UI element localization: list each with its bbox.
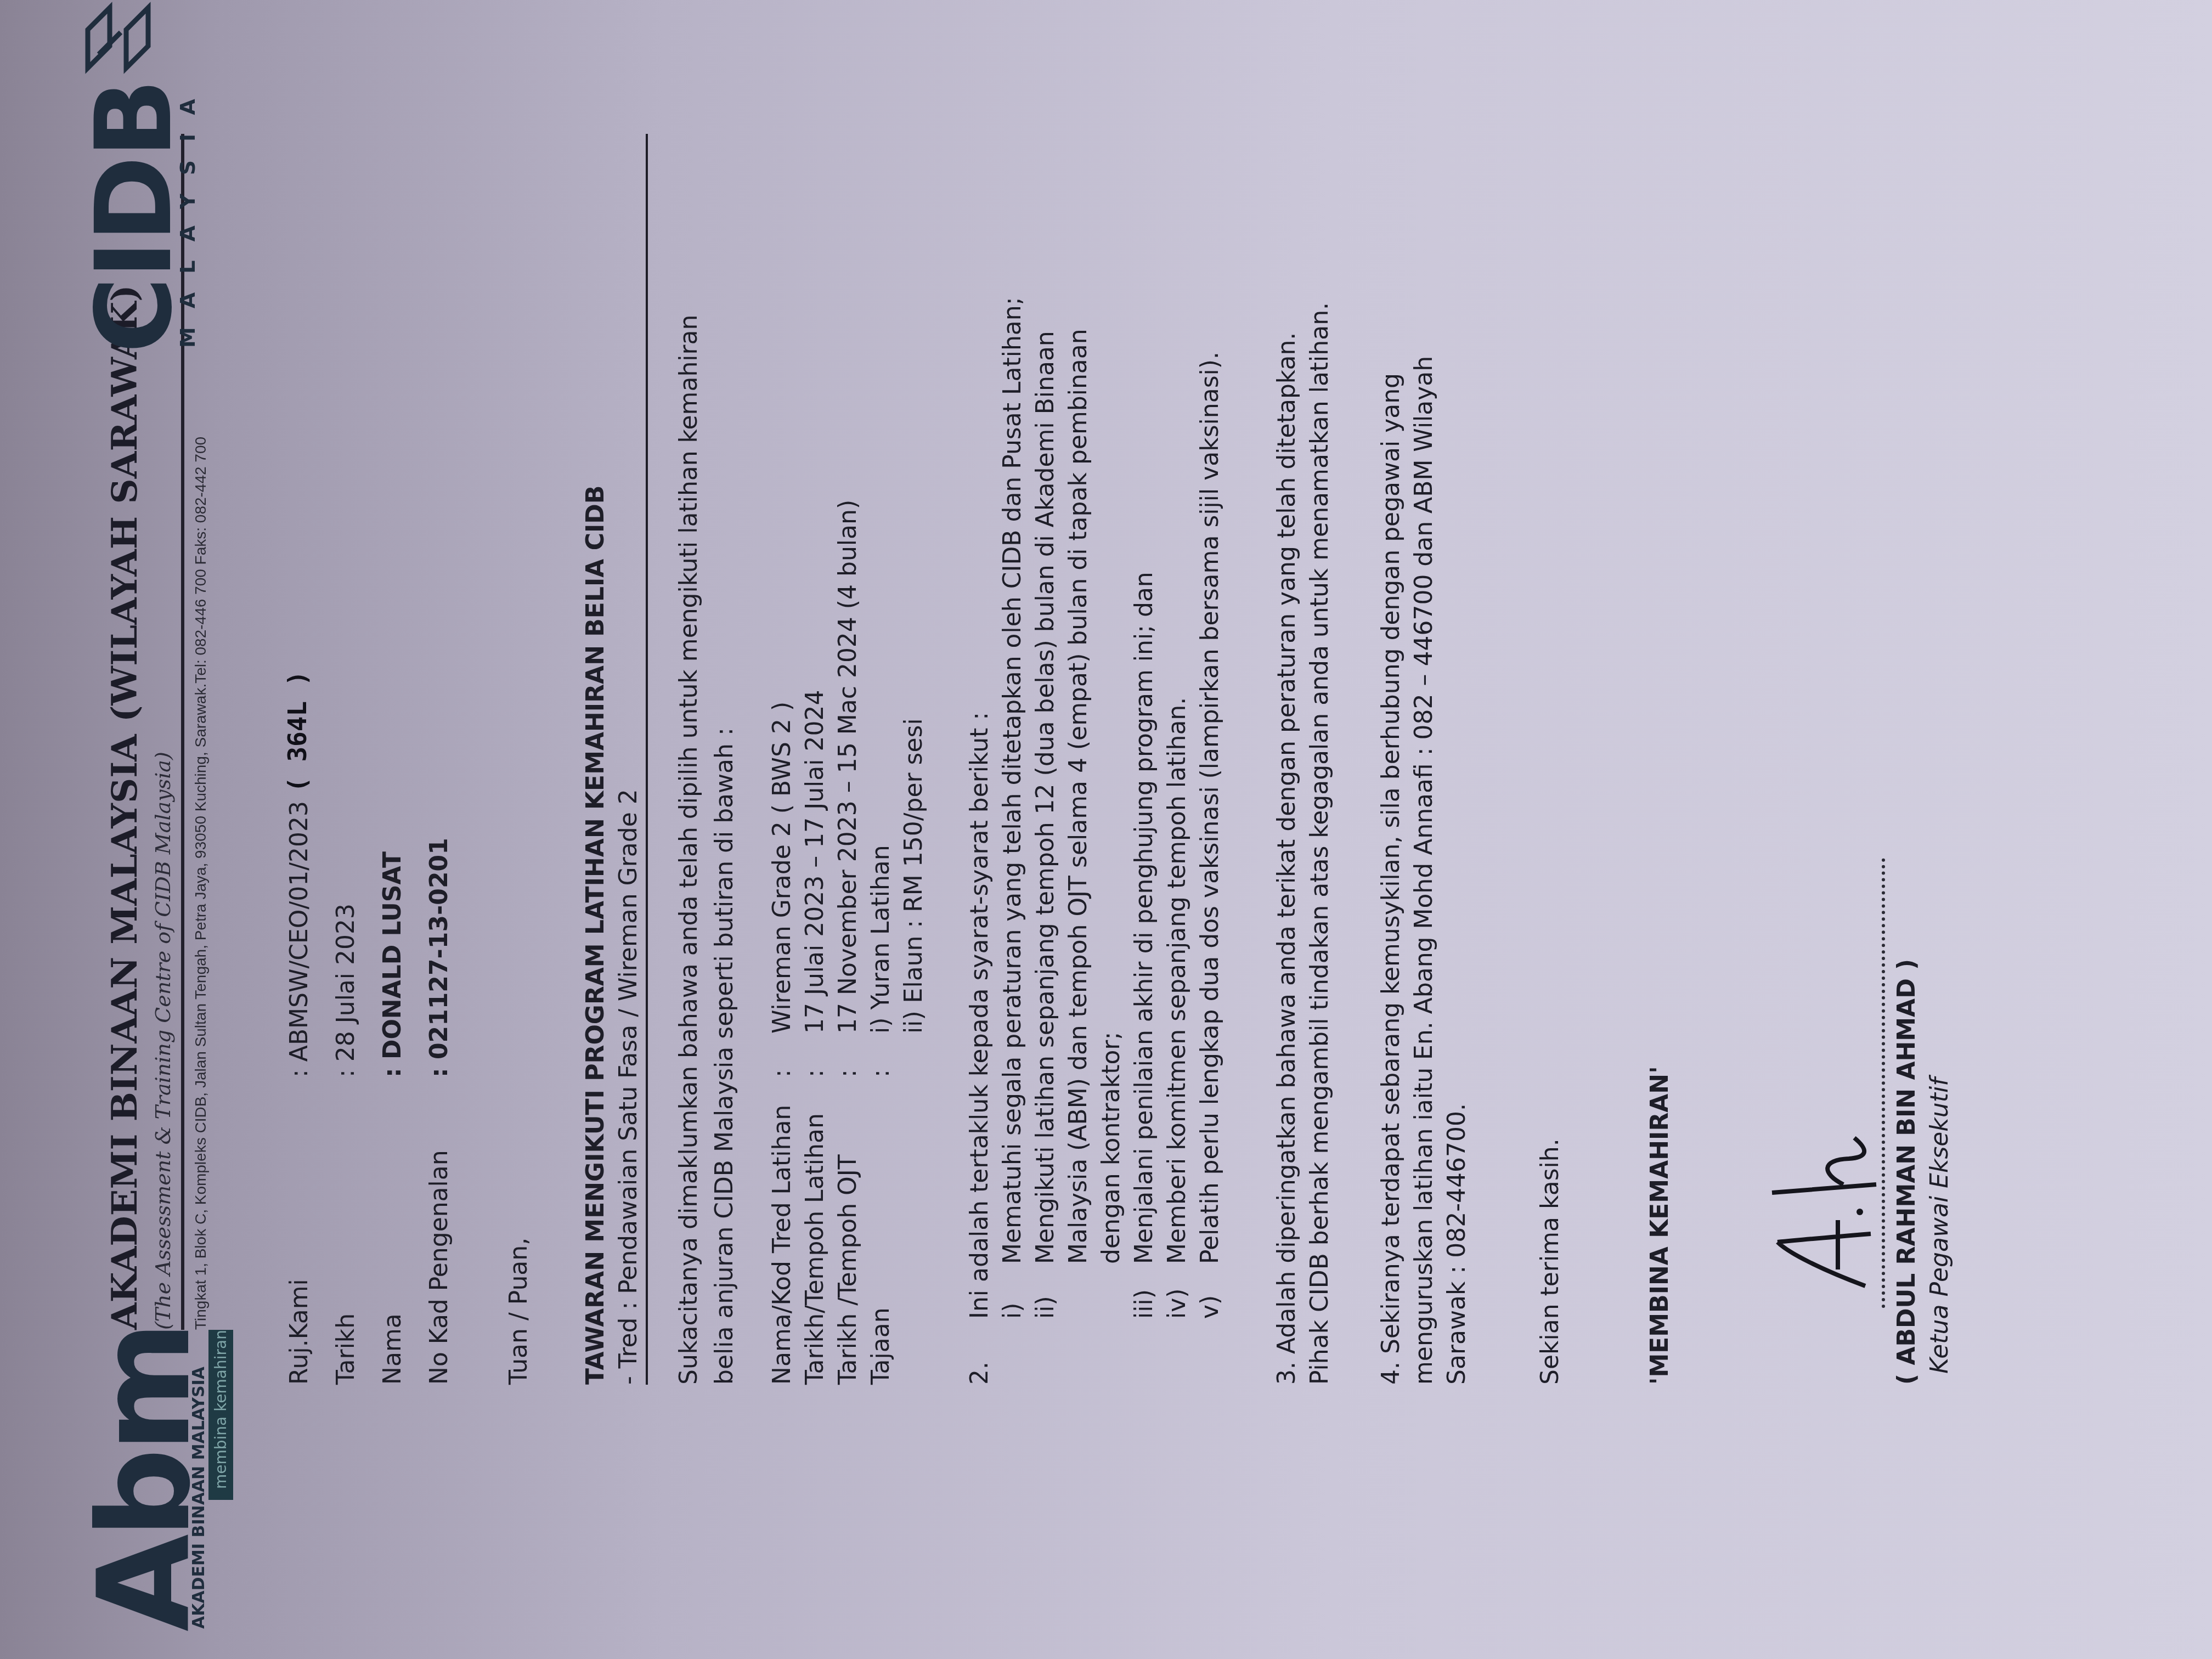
cidb-emblem-icon: [77, 0, 159, 79]
section-4-line: menguruskan latihan iaitu En. Abang Mohd…: [1410, 356, 1438, 1385]
section-4-line: Sarawak : 082-446700.: [1443, 1103, 1471, 1385]
detail-value: 17 November 2023 – 15 Mac 2024 (4 bulan): [834, 500, 862, 1034]
ref-value: : ABMSW/CEO/01/2023: [285, 801, 313, 1077]
cidb-logo: CIDB: [82, 81, 187, 353]
detail-colon: :: [867, 1069, 895, 1077]
intro-line-2: belia anjuran CIDB Malaysia seperti buti…: [710, 727, 738, 1385]
intro-line-1: Sukacitanya dimaklumkan bahawa anda tela…: [675, 315, 703, 1385]
section-4-line: 4. Sekiranya terdapat sebarang kemusykil…: [1377, 373, 1405, 1385]
detail-value: Wireman Grade 2 ( BWS 2 ): [768, 702, 796, 1034]
organization-subtitle: (The Assessment & Training Centre of CID…: [151, 752, 175, 1330]
signature-line: [1882, 858, 1885, 1308]
condition-text: Mengikuti latihan sepanjang tempoh 12 (d…: [1031, 331, 1059, 1264]
condition-number: iv): [1163, 1289, 1191, 1319]
condition-number: v): [1196, 1295, 1224, 1319]
condition-number: i): [998, 1303, 1026, 1319]
closing-text: Sekian terima kasih.: [1536, 1138, 1564, 1385]
condition-text: Malaysia (ABM) dan tempoh OJT selama 4 (…: [1064, 329, 1092, 1264]
date-value: : 28 Julai 2023: [332, 904, 360, 1077]
detail-value: 17 Julai 2023 – 17 Julai 2024: [801, 690, 829, 1034]
condition-text: dengan kontraktor;: [1097, 1032, 1125, 1264]
detail-colon: :: [768, 1069, 796, 1077]
abm-logo-subtitle: AKADEMI BINAAN MALAYSIA: [189, 1367, 208, 1629]
detail-colon: :: [834, 1069, 862, 1077]
condition-number: iii): [1130, 1289, 1158, 1319]
organization-address: Tingkat 1, Blok C, Kompleks CIDB, Jalan …: [192, 437, 210, 1330]
name-label: Nama: [379, 1313, 407, 1385]
motto: 'MEMBINA KEMAHIRAN': [1646, 1066, 1674, 1385]
cidb-country: MALAYSIA: [176, 80, 200, 348]
abm-tagline: membina kemahiran: [208, 1330, 233, 1500]
detail-value: ii) Elaun : RM 150/per sesi: [900, 718, 928, 1034]
ic-label: No Kad Pengenalan: [425, 1150, 453, 1385]
condition-number: ii): [1031, 1296, 1059, 1319]
subject-subtitle: - Tred : Pendawaian Satu Fasa / Wireman …: [614, 134, 648, 1385]
date-label: Tarikh: [332, 1313, 360, 1385]
signatory-title: Ketua Pegawai Eksekutif: [1926, 1077, 1954, 1374]
ic-value: : 021127-13-0201: [425, 838, 453, 1077]
subject-title: TAWARAN MENGIKUTI PROGRAM LATIHAN KEMAHI…: [582, 486, 610, 1385]
ref-label: Ruj.Kami: [285, 1279, 313, 1385]
organization-title: AKADEMI BINAAN MALAYSIA (WILAYAH SARAWAK…: [104, 285, 145, 1330]
detail-label: Tajaan: [867, 1307, 895, 1385]
signature-scribble-icon: [1756, 995, 1887, 1302]
ref-handwritten-note: ( 364L ): [283, 670, 312, 792]
condition-text: Memberi komitmen sepanjang tempoh latiha…: [1163, 697, 1191, 1264]
condition-text: Mematuhi segala peraturan yang telah dit…: [998, 297, 1026, 1264]
detail-label: Nama/Kod Tred Latihan: [768, 1105, 796, 1385]
letter-page: Abm AKADEMI BINAAN MALAYSIA membina kema…: [0, 0, 2212, 1659]
section-3-line: 3. Adalah diperingatkan bahawa anda teri…: [1273, 332, 1301, 1385]
salutation: Tuan / Puan,: [505, 1238, 533, 1385]
condition-text: Pelatih perlu lengkap dua dos vaksinasi …: [1196, 352, 1224, 1264]
detail-colon: :: [801, 1069, 829, 1077]
signatory-name: ( ABDUL RAHMAN BIN AHMAD ): [1893, 959, 1921, 1385]
detail-value: i) Yuran Latihan: [867, 845, 895, 1034]
section-3-line: Pihak CIDB berhak mengambil tindakan ata…: [1306, 302, 1334, 1385]
condition-text: Menjalani penilaian akhir di penghujung …: [1130, 572, 1158, 1264]
section-2-lead: Ini adalah tertakluk kepada syarat-syara…: [966, 712, 994, 1319]
name-value: : DONALD LUSAT: [379, 851, 407, 1077]
detail-label: Tarikh /Tempoh OJT: [834, 1154, 862, 1385]
detail-label: Tarikh/Tempoh Latihan: [801, 1113, 829, 1385]
section-2-number: 2.: [966, 1362, 994, 1385]
